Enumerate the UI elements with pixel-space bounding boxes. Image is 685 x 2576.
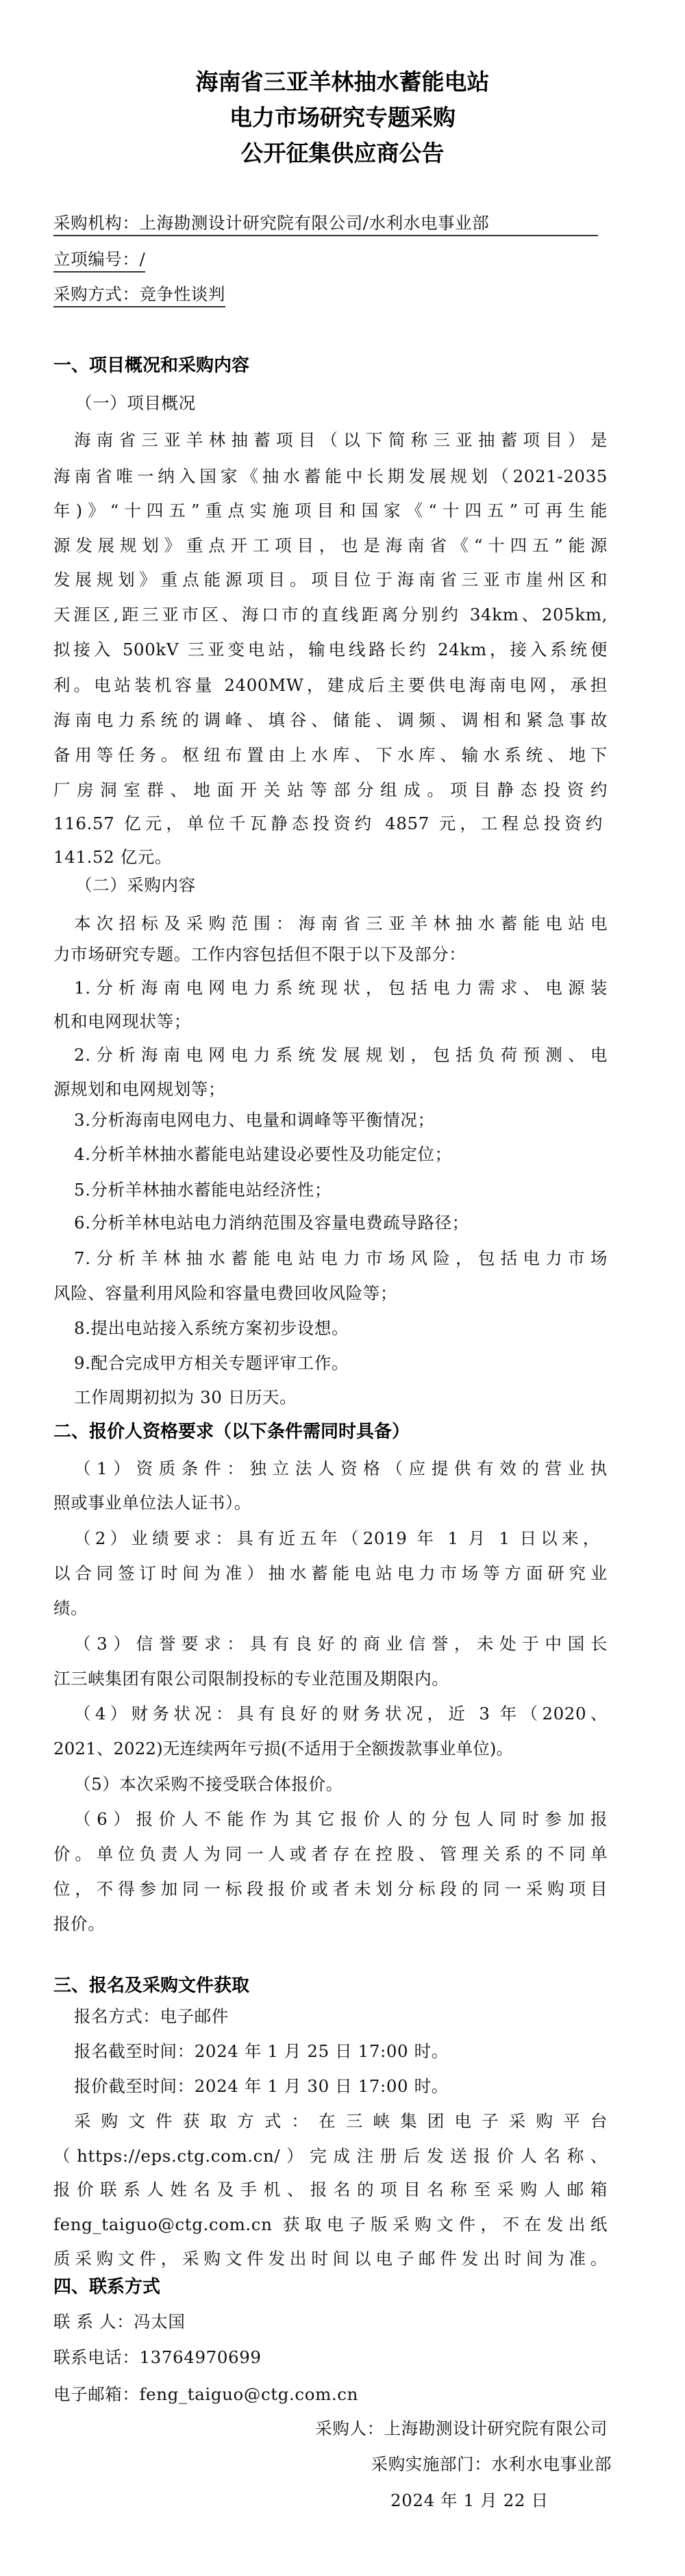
- acquisition-line: 报价联系人姓名及手机、报名的项目名称至采购人邮箱: [53, 2179, 608, 2201]
- paragraph-line: 拟接入 500kV 三亚变电站，输电线路长约 24km，接入系统便: [53, 639, 608, 661]
- work-item-1: 1.分析海南电网电力系统现状，包括电力需求、电源装: [74, 977, 608, 999]
- work-item-6: 6.分析羊林电站电力消纳范围及容量电费疏导路径；: [74, 1212, 469, 1234]
- requirement-2-cont: 绩。: [53, 1598, 88, 1619]
- contact-phone: 联系电话：13764970699: [53, 2347, 262, 2369]
- subsection-2-heading: （二）采购内容: [75, 874, 196, 896]
- requirement-6-cont: 位，不得参加同一标段报价或者未划分标段的同一采购项目: [53, 1878, 608, 1900]
- acquisition-line: 采购文件获取方式：在三峡集团电子采购平台: [74, 2110, 608, 2132]
- title-line-2: 电力市场研究专题采购: [0, 104, 685, 131]
- section-4-heading: 四、联系方式: [53, 2275, 160, 2299]
- paragraph-line: 海南省唯一纳入国家《抽水蓄能中长期发展规划（2021-2035: [53, 466, 608, 488]
- requirement-1-cont: 照或事业单位法人证书）。: [53, 1492, 251, 1514]
- work-item-1-cont: 机和电网现状等；: [53, 1011, 191, 1033]
- requirement-4-cont: 2021、2022)无连续两年亏损(不适用于全额拨款事业单位)。: [53, 1738, 513, 1760]
- section-3-heading: 三、报名及采购文件获取: [53, 1974, 249, 1997]
- work-item-8: 8.提出电站接入系统方案初步设想。: [74, 1317, 349, 1339]
- requirement-6-cont: 价。单位负责人为同一人或者存在控股、管理关系的不同单: [53, 1843, 608, 1865]
- requirement-3: （3）信誉要求：具有良好的商业信誉，未处于中国长: [74, 1633, 608, 1655]
- work-item-7-cont: 风险、容量利用风险和容量电费回收风险等；: [53, 1283, 397, 1304]
- work-item-2: 2.分析海南电网电力系统发展规划，包括负荷预测、电: [74, 1044, 608, 1066]
- requirement-3-cont: 江三峡集团有限公司限制投标的专业范围及期限内。: [53, 1668, 449, 1690]
- work-item-5: 5.分析羊林抽水蓄能电站经济性；: [74, 1179, 332, 1201]
- requirement-6-cont: 报价。: [53, 1913, 105, 1935]
- work-item-4: 4.分析羊林抽水蓄能电站建设必要性及功能定位；: [74, 1144, 452, 1165]
- contact-email[interactable]: 电子邮箱：feng_taiguo@ctg.com.cn: [53, 2384, 358, 2405]
- requirement-2: （2）业绩要求：具有近五年（2019 年 1 月 1 日以来，: [74, 1528, 600, 1550]
- paragraph-line: 141.52 亿元。: [53, 846, 172, 868]
- announcement-document: 海南省三亚羊林抽水蓄能电站 电力市场研究专题采购 公开征集供应商公告 采购机构：…: [0, 0, 685, 2576]
- requirement-2-cont: 以合同签订时间为准）抽水蓄能电站电力市场等方面研究业: [53, 1563, 608, 1584]
- signature-date: 2024 年 1 月 22 日: [390, 2490, 549, 2512]
- title-line-1: 海南省三亚羊林抽水蓄能电站: [0, 68, 685, 96]
- signup-deadline: 报名截至时间：2024 年 1 月 25 日 17:00 时。: [74, 2041, 449, 2062]
- paragraph-line: 利。电站装机容量 2400MW，建成后主要供电海南电网，承担: [53, 674, 608, 696]
- procurement-method: 采购方式：竞争性谈判: [53, 283, 225, 307]
- subsection-1-heading: （一）项目概况: [75, 392, 196, 414]
- work-item-3: 3.分析海南电网电力、电量和调峰等平衡情况；: [74, 1109, 435, 1131]
- work-item-2-cont: 源规划和电网规划等；: [53, 1078, 225, 1100]
- procurement-agency: 采购机构：上海勘测设计研究院有限公司/水利水电事业部: [53, 212, 598, 236]
- contact-person: 联 系 人：冯太国: [53, 2311, 185, 2333]
- acquisition-url-line[interactable]: （https://eps.ctg.com.cn/）完成注册后发送报价人名称、: [53, 2145, 608, 2167]
- paragraph-line: 发展规划》重点能源项目。项目位于海南省三亚市崖州区和: [53, 569, 608, 591]
- work-item-7: 7.分析羊林抽水蓄能电站电力市场风险，包括电力市场: [74, 1248, 608, 1270]
- quote-deadline: 报价截至时间：2024 年 1 月 30 日 17:00 时。: [74, 2075, 449, 2097]
- work-item-9: 9.配合完成甲方相关专题评审工作。: [74, 1352, 349, 1374]
- section-1-heading: 一、项目概况和采购内容: [53, 354, 249, 377]
- requirement-4: （4）财务状况：具有良好的财务状况，近 3 年（2020、: [74, 1703, 608, 1725]
- paragraph-line: 厂房洞室群、地面开关站等部分组成。项目静态投资约: [53, 779, 608, 801]
- paragraph-line: 年)》“十四五”重点实施项目和国家《“十四五”可再生能: [53, 500, 608, 522]
- department-signature: 采购实施部门：水利水电事业部: [301, 2453, 612, 2475]
- scope-line: 力市场研究专题。工作内容包括但不限于以下及部分：: [53, 944, 466, 965]
- work-period: 工作周期初拟为 30 日历天。: [74, 1387, 297, 1409]
- section-2-heading: 二、报价人资格要求（以下条件需同时具备）: [53, 1420, 410, 1443]
- title-line-3: 公开征集供应商公告: [0, 140, 685, 167]
- requirement-6: （6）报价人不能作为其它报价人的分包人同时参加报: [74, 1808, 608, 1830]
- paragraph-line: 源发展规划》重点开工项目，也是海南省《“十四五”能源: [53, 535, 608, 557]
- paragraph-line: 备用等任务。枢纽布置由上水库、下水库、输水系统、地下: [53, 744, 608, 766]
- paragraph-line: 海南省三亚羊林抽蓄项目（以下简称三亚抽蓄项目）是: [74, 429, 608, 451]
- acquisition-line: 质采购文件，采购文件发出时间以电子邮件发出时间为准。: [53, 2248, 608, 2270]
- purchaser-signature: 采购人：上海勘测设计研究院有限公司: [274, 2418, 608, 2440]
- scope-line: 本次招标及采购范围：海南省三亚羊林抽水蓄能电站电: [74, 913, 608, 935]
- project-number: 立项编号：/: [53, 249, 145, 273]
- signup-method: 报名方式：电子邮件: [74, 2006, 229, 2028]
- requirement-5: （5）本次采购不接受联合体报价。: [74, 1773, 343, 1795]
- requirement-1: （1）资质条件：独立法人资格（应提供有效的营业执: [74, 1458, 608, 1480]
- paragraph-line: 天涯区,距三亚市区、海口市的直线距离分别约 34km、205km,: [53, 604, 608, 626]
- paragraph-line: 海南电力系统的调峰、填谷、储能、调频、调相和紧急事故: [53, 709, 608, 731]
- acquisition-email-line[interactable]: feng_taiguo@ctg.com.cn 获取电子版采购文件，不在发出纸: [53, 2214, 608, 2236]
- paragraph-line: 116.57 亿元，单位千瓦静态投资约 4857 元，工程总投资约: [53, 813, 603, 835]
